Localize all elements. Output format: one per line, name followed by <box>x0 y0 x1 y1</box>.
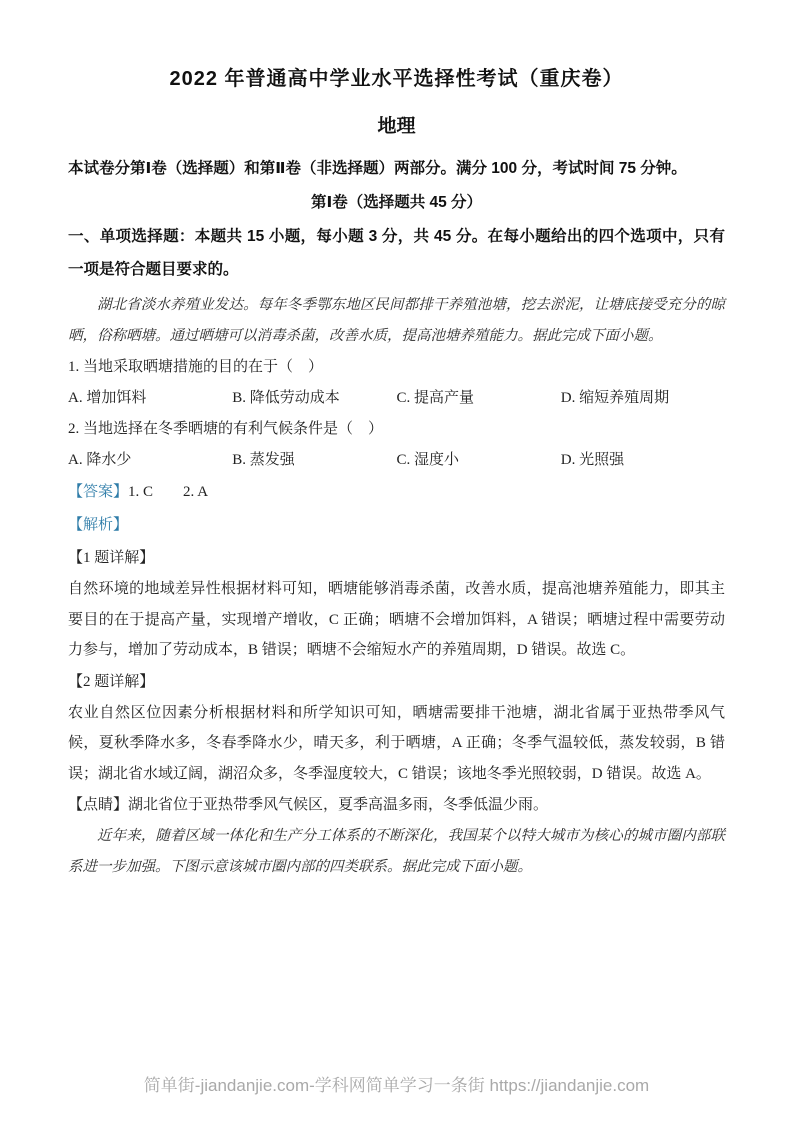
question-2: 2. 当地选择在冬季晒塘的有利气候条件是（ ） A. 降水少 B. 蒸发强 C.… <box>68 414 725 476</box>
answer-label: 【答案】 <box>68 484 128 500</box>
passage-pond-drying: 湖北省淡水养殖业发达。每年冬季鄂东地区民间都排干养殖池塘，挖去淤泥，让塘底接受充… <box>68 290 725 352</box>
question-2-option-b: B. 蒸发强 <box>232 445 396 476</box>
question-1-stem: 1. 当地采取晒塘措施的目的在于（ ） <box>68 352 725 383</box>
watermark-footer: 简单街-jiandanjie.com-学科网简单学习一条街 https://ji… <box>0 1071 793 1096</box>
tip-line: 【点睛】湖北省位于亚热带季风气候区，夏季高温多雨，冬季低温少雨。 <box>68 789 725 821</box>
section-heading: 第Ⅰ卷（选择题共 45 分） <box>68 188 725 218</box>
question-2-option-a: A. 降水少 <box>68 445 232 476</box>
question-1-option-d: D. 缩短养殖周期 <box>561 383 725 414</box>
question-1-options: A. 增加饵料 B. 降低劳动成本 C. 提高产量 D. 缩短养殖周期 <box>68 383 725 414</box>
question-2-stem: 2. 当地选择在冬季晒塘的有利气候条件是（ ） <box>68 414 725 445</box>
passage-city-circle: 近年来，随着区域一体化和生产分工体系的不断深化，我国某个以特大城市为核心的城市圈… <box>68 821 725 883</box>
answer-value: 1. C 2. A <box>128 484 208 500</box>
section-directions: 一、单项选择题：本题共 15 小题，每小题 3 分，共 45 分。在每小题给出的… <box>68 220 725 286</box>
detail-1-text: 自然环境的地域差异性根据材料可知，晒塘能够消毒杀菌，改善水质，提高池塘养殖能力，… <box>68 574 725 666</box>
answer-line: 【答案】1. C 2. A <box>68 476 725 509</box>
exam-content: 2022 年普通高中学业水平选择性考试（重庆卷） 地理 本试卷分第Ⅰ卷（选择题）… <box>0 0 793 883</box>
analysis-label: 【解析】 <box>68 509 725 542</box>
question-1: 1. 当地采取晒塘措施的目的在于（ ） A. 增加饵料 B. 降低劳动成本 C.… <box>68 352 725 414</box>
detail-2-label: 【2 题详解】 <box>68 666 725 698</box>
exam-instructions: 本试卷分第Ⅰ卷（选择题）和第Ⅱ卷（非选择题）两部分。满分 100 分，考试时间 … <box>68 154 725 184</box>
question-2-options: A. 降水少 B. 蒸发强 C. 湿度小 D. 光照强 <box>68 445 725 476</box>
exam-document-page: 2022 年普通高中学业水平选择性考试（重庆卷） 地理 本试卷分第Ⅰ卷（选择题）… <box>0 0 793 1122</box>
exam-title: 2022 年普通高中学业水平选择性考试（重庆卷） <box>68 62 725 91</box>
tip-text: 湖北省位于亚热带季风气候区，夏季高温多雨，冬季低温少雨。 <box>128 797 548 813</box>
detail-2-text: 农业自然区位因素分析根据材料和所学知识可知，晒塘需要排干池塘，湖北省属于亚热带季… <box>68 698 725 790</box>
tip-label: 【点睛】 <box>68 797 128 813</box>
question-2-option-c: C. 湿度小 <box>397 445 561 476</box>
question-2-option-d: D. 光照强 <box>561 445 725 476</box>
question-1-option-a: A. 增加饵料 <box>68 383 232 414</box>
exam-subject: 地理 <box>68 111 725 138</box>
question-1-option-c: C. 提高产量 <box>397 383 561 414</box>
question-1-option-b: B. 降低劳动成本 <box>232 383 396 414</box>
detail-1-label: 【1 题详解】 <box>68 542 725 574</box>
